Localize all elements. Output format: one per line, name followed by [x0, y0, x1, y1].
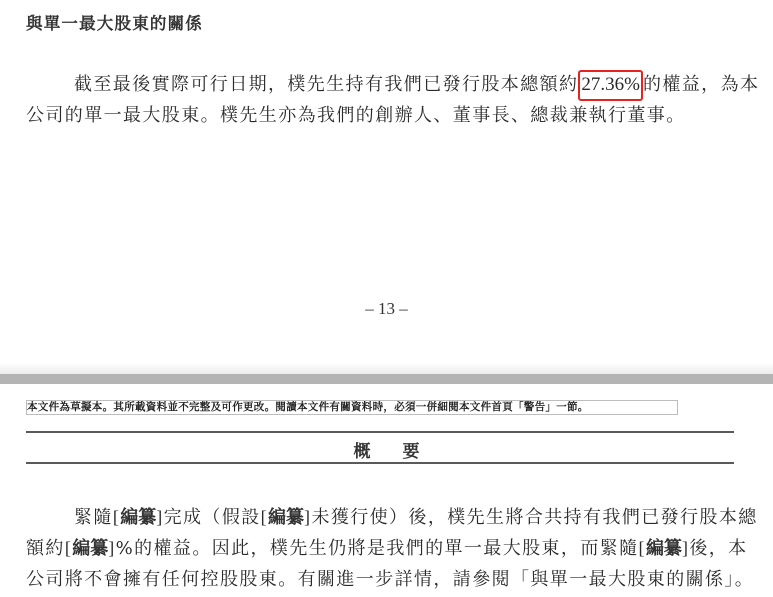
summary-text: 後，本 [689, 538, 747, 559]
summary-text: 未獲行使）後，樸先生將合共持有我們已發行股本總 [311, 507, 757, 528]
redacted-marker: 編纂 [268, 507, 304, 528]
summary-text: %的權益。因此，樸先生仍將是我們的單一最大股東，而緊隨 [116, 538, 639, 559]
paragraph-line-2: 公司的單一最大股東。樸先生亦為我們的創辦人、董事長、總裁兼執行董事。 [26, 101, 686, 127]
summary-line-3: 公司將不會擁有任何控股股東。有關進一步詳情，請參閱「與單一最大股東的關係」。 [26, 565, 754, 591]
summary-line-1: 緊隨[編纂]完成（假設[編纂]未獲行使）後，樸先生將合共持有我們已發行股本總 [74, 503, 758, 529]
bracket-close: ] [156, 507, 163, 527]
redacted-marker: 編纂 [120, 507, 156, 528]
bracket-open: [ [639, 538, 646, 558]
line1-text-before: 截至最後實際可行日期，樸先生持有我們已發行股本總額約 [74, 74, 578, 95]
highlighted-percentage: 27.36% [578, 70, 643, 101]
draft-warning-banner: 本文件為草擬本。其所載資料並不完整及可作更改。閱讀本文件有關資料時，必須一併細閱… [26, 400, 678, 415]
paragraph-line-1: 截至最後實際可行日期，樸先生持有我們已發行股本總額約27.36%的權益，為本 [74, 70, 759, 96]
summary-text: 緊隨 [74, 507, 113, 528]
redacted-marker: 編纂 [646, 538, 682, 559]
bracket-close: ] [108, 538, 115, 558]
line1-text-after: 的權益，為本 [643, 74, 759, 95]
page-bottom-shadow [0, 362, 773, 374]
summary-top-rule [26, 431, 734, 433]
document-page-13: 與單一最大股東的關係 截至最後實際可行日期，樸先生持有我們已發行股本總額約27.… [0, 0, 773, 374]
summary-line-2: 額約[編纂]%的權益。因此，樸先生仍將是我們的單一最大股東，而緊隨[編纂]後，本 [26, 534, 748, 560]
page-separator [0, 374, 773, 384]
summary-bottom-rule [26, 462, 734, 464]
summary-text: 完成（假設 [164, 507, 261, 528]
section-heading: 與單一最大股東的關係 [26, 10, 203, 34]
page-number: – 13 – [0, 299, 773, 319]
redacted-marker: 編纂 [72, 538, 108, 559]
summary-text: 額約 [26, 538, 65, 559]
summary-section-title: 概要 [0, 437, 773, 462]
bracket-open: [ [261, 507, 268, 527]
